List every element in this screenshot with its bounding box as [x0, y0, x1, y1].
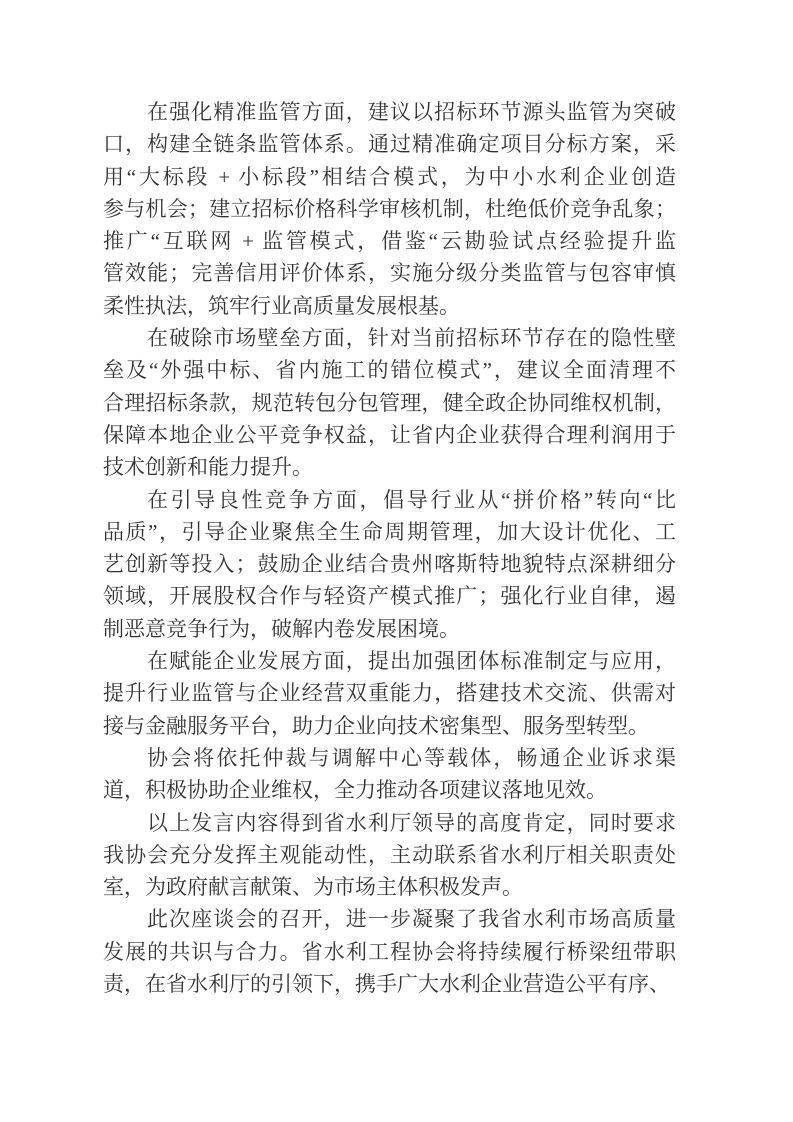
- text-line: 合理招标条款，规范转包分包管理，健全政企协同维权机制，: [103, 387, 676, 419]
- text-line: 在强化精准监管方面，建议以招标环节源头监管为突破: [103, 96, 676, 128]
- text-line: 柔性执法，筑牢行业高质量发展根基。: [103, 290, 676, 322]
- text-line: 管效能；完善信用评价体系，实施分级分类监管与包容审慎: [103, 257, 676, 289]
- text-line: 以上发言内容得到省水利厅领导的高度肯定，同时要求: [103, 807, 676, 839]
- text-line: 接与金融服务平台，助力企业向技术密集型、服务型转型。: [103, 710, 676, 742]
- text-line: 制恶意竞争行为，破解内卷发展困境。: [103, 613, 676, 645]
- text-line: 在赋能企业发展方面，提出加强团体标准制定与应用，: [103, 645, 676, 677]
- paragraph-enterprise-empowerment: 在赋能企业发展方面，提出加强团体标准制定与应用， 提升行业监管与企业经营双重能力…: [103, 645, 676, 742]
- text-line: 保障本地企业公平竞争权益，让省内企业获得合理利润用于: [103, 419, 676, 451]
- paragraph-supervision: 在强化精准监管方面，建议以招标环节源头监管为突破 口，构建全链条监管体系。通过精…: [103, 96, 676, 322]
- paragraph-association-support: 协会将依托仲裁与调解中心等载体，畅通企业诉求渠 道，积极协助企业维权，全力推动各…: [103, 742, 676, 807]
- text-line: 品质”，引导企业聚焦全生命周期管理，加大设计优化、工: [103, 516, 676, 548]
- text-line: 在引导良性竞争方面，倡导行业从“拼价格”转向“比: [103, 484, 676, 516]
- text-line: 提升行业监管与企业经营双重能力，搭建技术交流、供需对: [103, 677, 676, 709]
- paragraph-leadership-recognition: 以上发言内容得到省水利厅领导的高度肯定，同时要求 我协会充分发挥主观能动性，主动…: [103, 807, 676, 904]
- text-line: 推广“互联网 + 监管模式，借鉴“云勘验试点经验提升监: [103, 225, 676, 257]
- text-line: 垒及“外强中标、省内施工的错位模式”，建议全面清理不: [103, 354, 676, 386]
- text-line: 领域，开展股权合作与轻资产模式推广；强化行业自律，遏: [103, 580, 676, 612]
- text-line: 在破除市场壁垒方面，针对当前招标环节存在的隐性壁: [103, 322, 676, 354]
- text-line: 责，在省水利厅的引领下，携手广大水利企业营造公平有序、: [103, 968, 676, 1000]
- text-line: 用“大标段 + 小标段”相结合模式，为中小水利企业创造: [103, 161, 676, 193]
- text-line: 口，构建全链条监管体系。通过精准确定项目分标方案，采: [103, 128, 676, 160]
- text-line: 道，积极协助企业维权，全力推动各项建议落地见效。: [103, 774, 676, 806]
- text-line: 室，为政府献言献策、为市场主体积极发声。: [103, 871, 676, 903]
- document-page: 在强化精准监管方面，建议以招标环节源头监管为突破 口，构建全链条监管体系。通过精…: [0, 0, 793, 1122]
- text-line: 我协会充分发挥主观能动性，主动联系省水利厅相关职责处: [103, 839, 676, 871]
- text-line: 技术创新和能力提升。: [103, 451, 676, 483]
- text-line: 发展的共识与合力。省水利工程协会将持续履行桥梁纽带职: [103, 936, 676, 968]
- paragraph-market-barriers: 在破除市场壁垒方面，针对当前招标环节存在的隐性壁 垒及“外强中标、省内施工的错位…: [103, 322, 676, 483]
- text-line: 此次座谈会的召开，进一步凝聚了我省水利市场高质量: [103, 903, 676, 935]
- text-line: 协会将依托仲裁与调解中心等载体，畅通企业诉求渠: [103, 742, 676, 774]
- text-line: 参与机会；建立招标价格科学审核机制，杜绝低价竞争乱象；: [103, 193, 676, 225]
- document-body: 在强化精准监管方面，建议以招标环节源头监管为突破 口，构建全链条监管体系。通过精…: [103, 96, 676, 1000]
- paragraph-meeting-conclusion: 此次座谈会的召开，进一步凝聚了我省水利市场高质量 发展的共识与合力。省水利工程协…: [103, 903, 676, 1000]
- text-line: 艺创新等投入；鼓励企业结合贵州喀斯特地貌特点深耕细分: [103, 548, 676, 580]
- paragraph-healthy-competition: 在引导良性竞争方面，倡导行业从“拼价格”转向“比 品质”，引导企业聚焦全生命周期…: [103, 484, 676, 645]
